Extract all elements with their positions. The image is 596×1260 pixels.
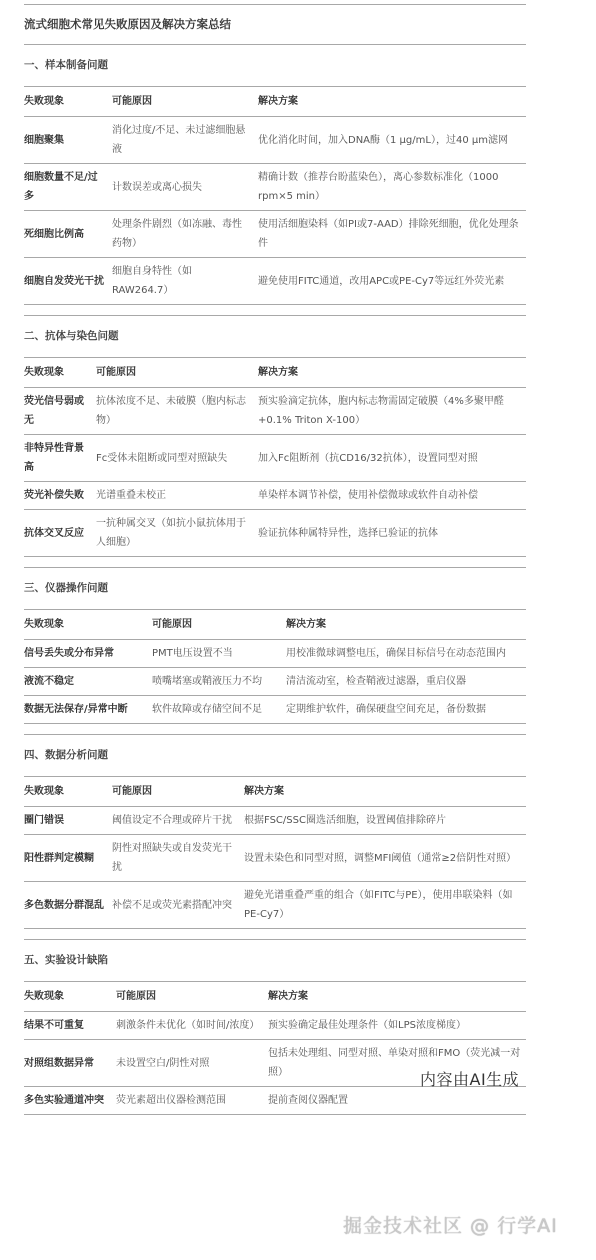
- section-2: 二、抗体与染色问题失败现象可能原因解决方案荧光信号弱或无抗体浓度不足、未破膜（胞…: [24, 305, 526, 557]
- section-heading: 三、仪器操作问题: [24, 568, 526, 609]
- cell-cause: 抗体浓度不足、未破膜（胞内标志物）: [96, 388, 258, 435]
- cell-solution: 精确计数（推荐台盼蓝染色），离心参数标准化（1000 rpm×5 min）: [258, 164, 526, 211]
- cell-solution: 设置未染色和同型对照，调整MFI阈值（通常≥2倍阴性对照）: [244, 835, 526, 882]
- cell-solution: 使用活细胞染料（如PI或7-AAD）排除死细胞，优化处理条件: [258, 211, 526, 258]
- section-divider: [24, 724, 526, 735]
- cell-solution: 用校准微球调整电压，确保目标信号在动态范围内: [286, 640, 526, 668]
- watermark: 掘金技术社区 @ 行学AI: [343, 1211, 558, 1238]
- column-header-symptom: 失败现象: [24, 358, 96, 388]
- cell-cause: 阈值设定不合理或碎片干扰: [112, 807, 244, 835]
- cell-symptom: 信号丢失或分布异常: [24, 640, 152, 668]
- document: 流式细胞术常见失败原因及解决方案总结 一、样本制备问题失败现象可能原因解决方案细…: [24, 0, 526, 1115]
- cell-symptom: 细胞自发荧光干扰: [24, 258, 112, 305]
- section-4: 四、数据分析问题失败现象可能原因解决方案圈门错误阈值设定不合理或碎片干扰根据FS…: [24, 724, 526, 929]
- cell-cause: 刺激条件未优化（如时间/浓度）: [116, 1012, 268, 1040]
- table-row: 死细胞比例高处理条件剧烈（如冻融、毒性药物）使用活细胞染料（如PI或7-AAD）…: [24, 211, 526, 258]
- cell-symptom: 液流不稳定: [24, 668, 152, 696]
- cell-solution: 验证抗体种属特异性，选择已验证的抗体: [258, 510, 526, 557]
- cell-cause: Fc受体未阻断或同型对照缺失: [96, 435, 258, 482]
- cell-cause: 一抗种属交叉（如抗小鼠抗体用于人细胞）: [96, 510, 258, 557]
- cell-cause: 消化过度/不足、未过滤细胞悬液: [112, 117, 258, 164]
- table-row: 细胞数量不足/过多计数误差或离心损失精确计数（推荐台盼蓝染色），离心参数标准化（…: [24, 164, 526, 211]
- cell-solution: 单染样本调节补偿，使用补偿微球或软件自动补偿: [258, 482, 526, 510]
- cell-cause: 未设置空白/阴性对照: [116, 1040, 268, 1087]
- column-header-cause: 可能原因: [152, 610, 286, 640]
- table-header-row: 失败现象可能原因解决方案: [24, 610, 526, 640]
- cell-symptom: 数据无法保存/异常中断: [24, 696, 152, 724]
- table-row: 液流不稳定喷嘴堵塞或鞘液压力不均清洁流动室，检查鞘液过滤器，重启仪器: [24, 668, 526, 696]
- cell-symptom: 非特异性背景高: [24, 435, 96, 482]
- table-row: 抗体交叉反应一抗种属交叉（如抗小鼠抗体用于人细胞）验证抗体种属特异性，选择已验证…: [24, 510, 526, 557]
- page-title: 流式细胞术常见失败原因及解决方案总结: [24, 5, 526, 44]
- column-header-cause: 可能原因: [96, 358, 258, 388]
- cell-cause: 光谱重叠未校正: [96, 482, 258, 510]
- table-header-row: 失败现象可能原因解决方案: [24, 87, 526, 117]
- section-heading: 五、实验设计缺陷: [24, 940, 526, 981]
- section-heading: 二、抗体与染色问题: [24, 316, 526, 357]
- cell-symptom: 多色数据分群混乱: [24, 882, 112, 929]
- cell-symptom: 多色实验通道冲突: [24, 1087, 116, 1115]
- ai-generated-label: 内容由AI生成: [420, 1067, 519, 1090]
- cell-cause: 补偿不足或荧光素搭配冲突: [112, 882, 244, 929]
- table-row: 多色实验通道冲突荧光素超出仪器检测范围提前查阅仪器配置: [24, 1087, 526, 1115]
- cell-solution: 预实验滴定抗体，胞内标志物需固定破膜（4%多聚甲醛+0.1% Triton X-…: [258, 388, 526, 435]
- table-row: 数据无法保存/异常中断软件故障或存储空间不足定期维护软件，确保硬盘空间充足，备份…: [24, 696, 526, 724]
- cell-cause: 处理条件剧烈（如冻融、毒性药物）: [112, 211, 258, 258]
- cell-solution: 避免光谱重叠严重的组合（如FITC与PE），使用串联染料（如PE-Cy7）: [244, 882, 526, 929]
- column-header-cause: 可能原因: [112, 777, 244, 807]
- column-header-symptom: 失败现象: [24, 87, 112, 117]
- cell-symptom: 抗体交叉反应: [24, 510, 96, 557]
- column-header-symptom: 失败现象: [24, 777, 112, 807]
- table-row: 荧光补偿失败光谱重叠未校正单染样本调节补偿，使用补偿微球或软件自动补偿: [24, 482, 526, 510]
- cell-solution: 预实验确定最佳处理条件（如LPS浓度梯度）: [268, 1012, 526, 1040]
- cell-cause: 计数误差或离心损失: [112, 164, 258, 211]
- column-header-symptom: 失败现象: [24, 610, 152, 640]
- section-heading: 一、样本制备问题: [24, 45, 526, 86]
- table-header-row: 失败现象可能原因解决方案: [24, 358, 526, 388]
- cell-solution: 清洁流动室，检查鞘液过滤器，重启仪器: [286, 668, 526, 696]
- failure-table: 失败现象可能原因解决方案信号丢失或分布异常PMT电压设置不当用校准微球调整电压，…: [24, 609, 526, 724]
- cell-symptom: 细胞数量不足/过多: [24, 164, 112, 211]
- section-divider: [24, 929, 526, 940]
- column-header-solution: 解决方案: [286, 610, 526, 640]
- section-divider: [24, 305, 526, 316]
- cell-cause: 荧光素超出仪器检测范围: [116, 1087, 268, 1115]
- cell-solution: 避免使用FITC通道，改用APC或PE-Cy7等远红外荧光素: [258, 258, 526, 305]
- cell-solution: 根据FSC/SSC圈选活细胞，设置阈值排除碎片: [244, 807, 526, 835]
- table-header-row: 失败现象可能原因解决方案: [24, 982, 526, 1012]
- cell-cause: 喷嘴堵塞或鞘液压力不均: [152, 668, 286, 696]
- cell-symptom: 细胞聚集: [24, 117, 112, 164]
- cell-cause: 阴性对照缺失或自发荧光干扰: [112, 835, 244, 882]
- section-heading: 四、数据分析问题: [24, 735, 526, 776]
- cell-symptom: 结果不可重复: [24, 1012, 116, 1040]
- table-row: 阳性群判定模糊阴性对照缺失或自发荧光干扰设置未染色和同型对照，调整MFI阈值（通…: [24, 835, 526, 882]
- cell-solution: 提前查阅仪器配置: [268, 1087, 526, 1115]
- cell-symptom: 死细胞比例高: [24, 211, 112, 258]
- table-row: 细胞聚集消化过度/不足、未过滤细胞悬液优化消化时间，加入DNA酶（1 μg/mL…: [24, 117, 526, 164]
- table-row: 多色数据分群混乱补偿不足或荧光素搭配冲突避免光谱重叠严重的组合（如FITC与PE…: [24, 882, 526, 929]
- table-row: 圈门错误阈值设定不合理或碎片干扰根据FSC/SSC圈选活细胞，设置阈值排除碎片: [24, 807, 526, 835]
- cell-symptom: 荧光信号弱或无: [24, 388, 96, 435]
- table-row: 荧光信号弱或无抗体浓度不足、未破膜（胞内标志物）预实验滴定抗体，胞内标志物需固定…: [24, 388, 526, 435]
- cell-solution: 加入Fc阻断剂（抗CD16/32抗体），设置同型对照: [258, 435, 526, 482]
- column-header-solution: 解决方案: [258, 87, 526, 117]
- table-row: 结果不可重复刺激条件未优化（如时间/浓度）预实验确定最佳处理条件（如LPS浓度梯…: [24, 1012, 526, 1040]
- section-divider: [24, 557, 526, 568]
- column-header-solution: 解决方案: [244, 777, 526, 807]
- table-row: 信号丢失或分布异常PMT电压设置不当用校准微球调整电压，确保目标信号在动态范围内: [24, 640, 526, 668]
- failure-table: 失败现象可能原因解决方案细胞聚集消化过度/不足、未过滤细胞悬液优化消化时间，加入…: [24, 86, 526, 305]
- cell-cause: 软件故障或存储空间不足: [152, 696, 286, 724]
- section-1: 一、样本制备问题失败现象可能原因解决方案细胞聚集消化过度/不足、未过滤细胞悬液优…: [24, 45, 526, 305]
- column-header-solution: 解决方案: [268, 982, 526, 1012]
- cell-solution: 定期维护软件，确保硬盘空间充足，备份数据: [286, 696, 526, 724]
- failure-table: 失败现象可能原因解决方案荧光信号弱或无抗体浓度不足、未破膜（胞内标志物）预实验滴…: [24, 357, 526, 557]
- column-header-cause: 可能原因: [116, 982, 268, 1012]
- section-3: 三、仪器操作问题失败现象可能原因解决方案信号丢失或分布异常PMT电压设置不当用校…: [24, 557, 526, 724]
- column-header-symptom: 失败现象: [24, 982, 116, 1012]
- failure-table: 失败现象可能原因解决方案结果不可重复刺激条件未优化（如时间/浓度）预实验确定最佳…: [24, 981, 526, 1115]
- cell-solution: 优化消化时间，加入DNA酶（1 μg/mL），过40 μm滤网: [258, 117, 526, 164]
- cell-symptom: 荧光补偿失败: [24, 482, 96, 510]
- column-header-solution: 解决方案: [258, 358, 526, 388]
- cell-symptom: 对照组数据异常: [24, 1040, 116, 1087]
- failure-table: 失败现象可能原因解决方案圈门错误阈值设定不合理或碎片干扰根据FSC/SSC圈选活…: [24, 776, 526, 929]
- cell-cause: 细胞自身特性（如RAW264.7）: [112, 258, 258, 305]
- cell-symptom: 阳性群判定模糊: [24, 835, 112, 882]
- cell-cause: PMT电压设置不当: [152, 640, 286, 668]
- table-row: 非特异性背景高Fc受体未阻断或同型对照缺失加入Fc阻断剂（抗CD16/32抗体）…: [24, 435, 526, 482]
- cell-symptom: 圈门错误: [24, 807, 112, 835]
- table-header-row: 失败现象可能原因解决方案: [24, 777, 526, 807]
- column-header-cause: 可能原因: [112, 87, 258, 117]
- table-row: 细胞自发荧光干扰细胞自身特性（如RAW264.7）避免使用FITC通道，改用AP…: [24, 258, 526, 305]
